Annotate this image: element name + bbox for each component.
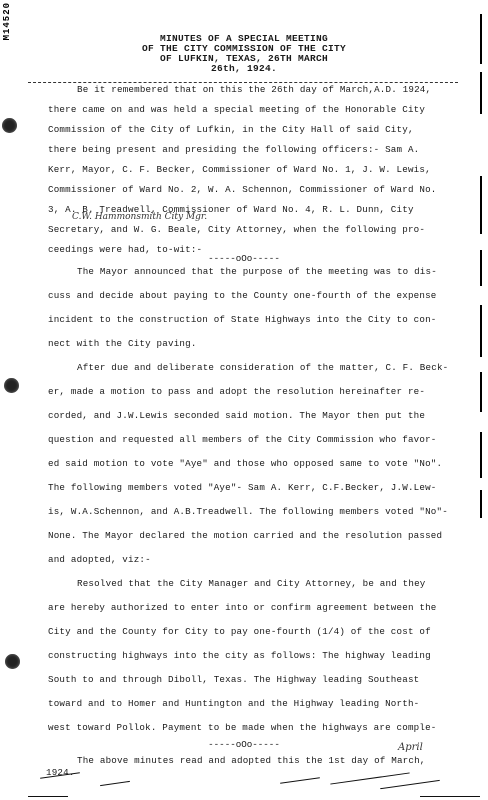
text-line: Resolved that the City Manager and City … <box>77 578 426 589</box>
text-line: Commissioner of Ward No. 2, W. A. Schenn… <box>48 184 437 195</box>
scan-edge-mark <box>480 372 482 412</box>
signature-line <box>420 796 480 797</box>
text-line: None. The Mayor declared the motion carr… <box>48 530 442 541</box>
text-line: constructing highways into the city as f… <box>48 650 431 661</box>
hole-punch-icon <box>2 118 17 133</box>
scan-edge-mark <box>480 176 482 234</box>
text-line: toward and to Homer and Huntington and t… <box>48 698 419 709</box>
signature-line <box>28 796 68 797</box>
text-line: there came on and was held a special mee… <box>48 104 425 115</box>
text-line: Kerr, Mayor, C. F. Becker, Commissioner … <box>48 164 431 175</box>
text-line: Be it remembered that on this the 26th d… <box>77 84 431 95</box>
handwritten-insert: C.W. Hammonsmith City Mgr. <box>72 212 207 222</box>
closing-line: The above minutes read and adopted this … <box>77 755 426 766</box>
text-line: The Mayor announced that the purpose of … <box>77 266 437 277</box>
text-line: are hereby authorized to enter into or c… <box>48 602 437 613</box>
text-line: nect with the City paving. <box>48 338 197 349</box>
title-date: 26th, 1924. <box>0 64 488 74</box>
scan-edge-mark <box>480 490 482 518</box>
document-title: MINUTES OF A SPECIAL MEETING OF THE CITY… <box>0 34 488 74</box>
text-line: corded, and J.W.Lewis seconded said moti… <box>48 410 425 421</box>
scan-edge-mark <box>480 72 482 114</box>
signature-scribble-icon <box>330 772 409 784</box>
signature-scribble-icon <box>100 781 130 786</box>
scan-edge-mark <box>480 305 482 357</box>
text-line: cuss and decide about paying to the Coun… <box>48 290 437 301</box>
text-line: After due and deliberate consideration o… <box>77 362 448 373</box>
handwritten-date-note: April <box>398 742 423 753</box>
scan-edge-mark <box>480 432 482 478</box>
text-line: South to and through Diboll, Texas. The … <box>48 674 419 685</box>
text-line: Secretary, and W. G. Beale, City Attorne… <box>48 224 425 235</box>
text-line: The following members voted "Aye"- Sam A… <box>48 482 437 493</box>
hole-punch-icon <box>4 378 19 393</box>
hole-punch-icon <box>5 654 20 669</box>
signature-scribble-icon <box>280 777 320 784</box>
signature-scribble-icon <box>380 780 440 789</box>
section-separator: -----oOo----- <box>0 253 488 264</box>
text-line: incident to the construction of State Hi… <box>48 314 437 325</box>
text-line: west toward Pollok. Payment to be made w… <box>48 722 437 733</box>
text-line: City and the County for City to pay one-… <box>48 626 431 637</box>
text-line: question and requested all members of th… <box>48 434 437 445</box>
text-line: and adopted, viz:- <box>48 554 151 565</box>
text-line: ed said motion to vote "Aye" and those w… <box>48 458 442 469</box>
header-rule <box>28 82 458 83</box>
text-line: Commission of the City of Lufkin, in the… <box>48 124 414 135</box>
scanned-document-page: M14520 MINUTES OF A SPECIAL MEETING OF T… <box>0 0 488 800</box>
text-line: er, made a motion to pass and adopt the … <box>48 386 425 397</box>
text-line: is, W.A.Schennon, and A.B.Treadwell. The… <box>48 506 448 517</box>
text-line: there being present and presiding the fo… <box>48 144 419 155</box>
